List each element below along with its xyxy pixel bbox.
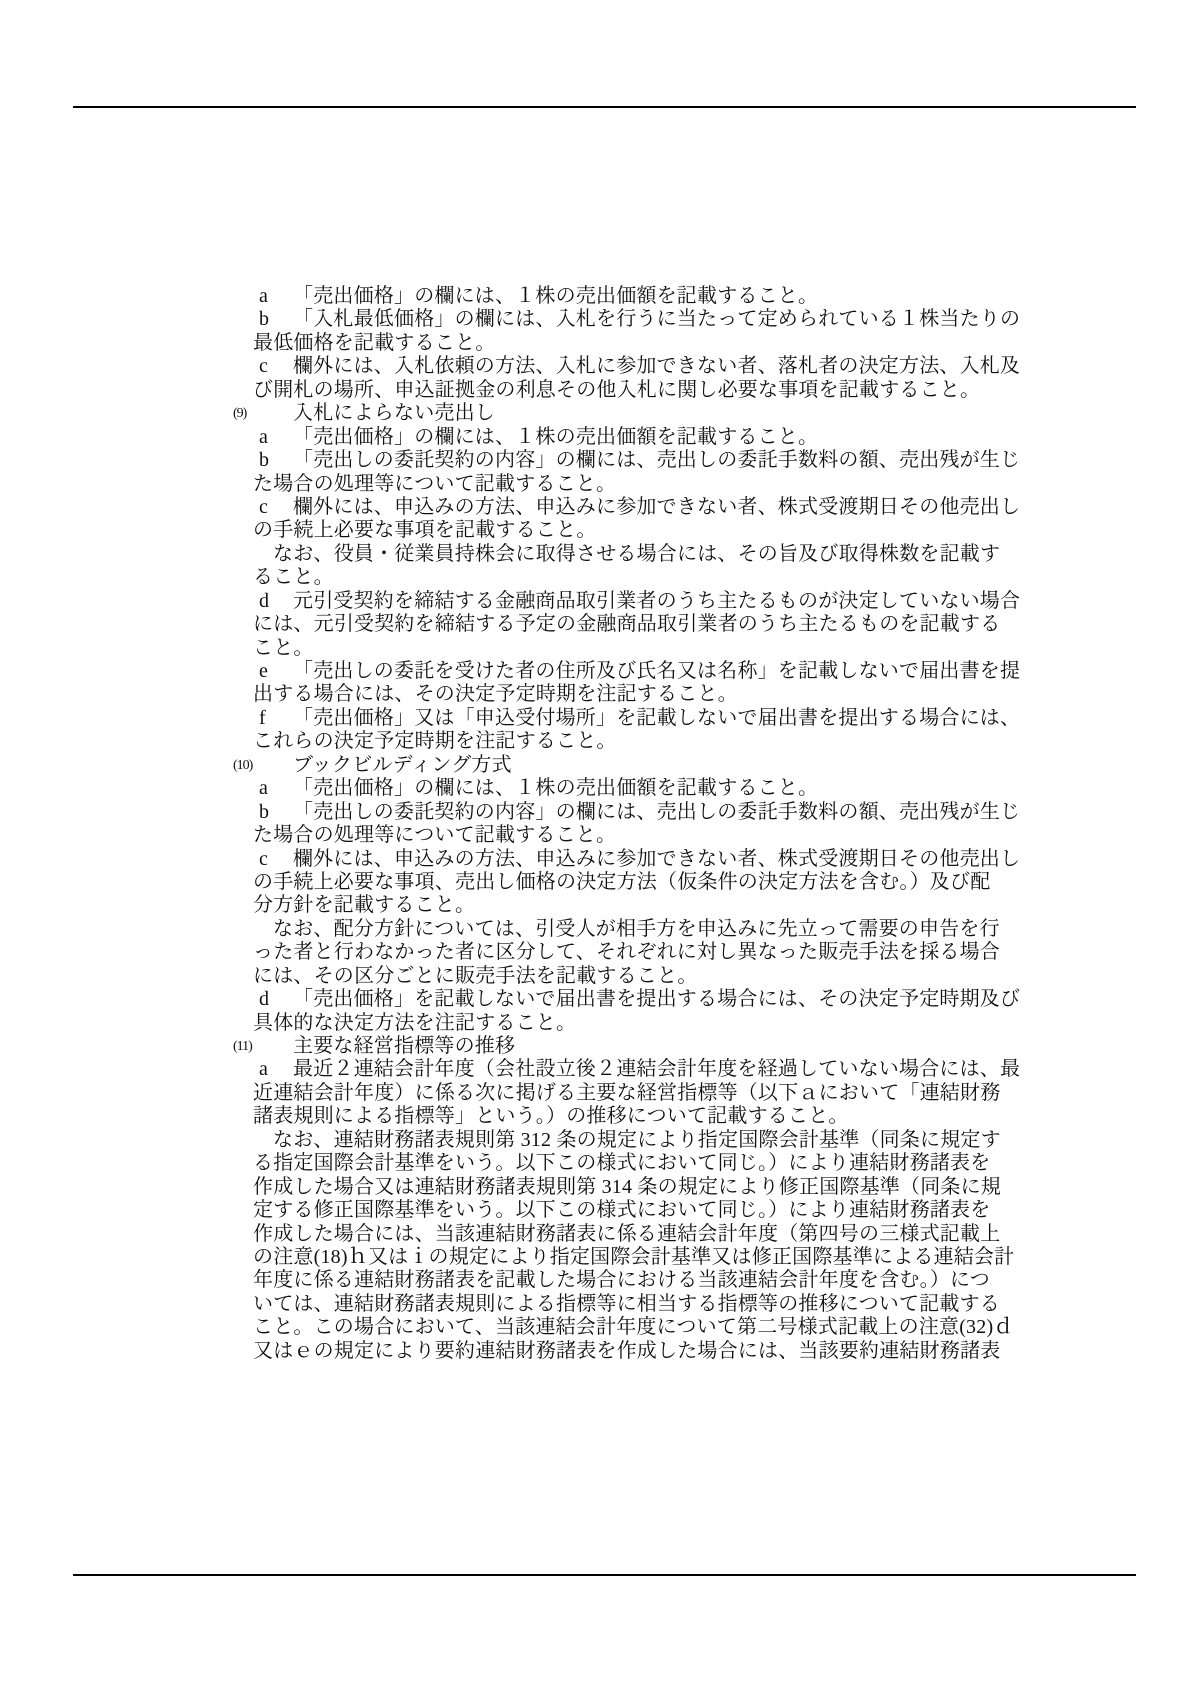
lettered-list-item: b「入札最低価格」の欄には、入札を行うに当たって定められている１株当たりの最低価… [233, 308, 965, 355]
text-line: 欄外には、申込みの方法、申込みに参加できない者、株式受渡期日その他売出し [253, 848, 965, 871]
text-line: 欄外には、申込みの方法、申込みに参加できない者、株式受渡期日その他売出し [253, 496, 965, 519]
item-marker-letter: a [259, 285, 268, 308]
text-line: 又はｅの規定により要約連結財務諸表を作成した場合には、当該要約連結財務諸表 [253, 1340, 965, 1363]
text-line: た場合の処理等について記載すること。 [253, 473, 965, 496]
document-page: a「売出価格」の欄には、１株の売出価額を記載すること。b「入札最低価格」の欄には… [0, 0, 1192, 1685]
text-line: 年度に係る連結財務諸表を記載した場合における当該連結会計年度を含む。）につ [253, 1269, 965, 1292]
item-marker-letter: a [259, 1058, 268, 1081]
text-line: 最低価格を記載すること。 [253, 332, 965, 355]
lettered-list-item: b「売出しの委託契約の内容」の欄には、売出しの委託手数料の額、売出残が生じた場合… [233, 449, 965, 496]
note-paragraph: なお、配分方針については、引受人が相手方を申込みに先立って需要の申告を行った者と… [233, 918, 965, 988]
item-marker-letter: d [259, 988, 269, 1011]
lettered-list-item: d元引受契約を締結する金融商品取引業者のうち主たるものが決定していない場合には、… [233, 590, 965, 660]
item-marker-letter: f [259, 707, 266, 730]
note-paragraph: なお、連結財務諸表規則第 312 条の規定により指定国際会計基準（同条に規定する… [233, 1129, 965, 1363]
numbered-heading: (11)主要な経営指標等の推移 [233, 1035, 965, 1058]
numbered-heading: (9)入札によらない売出し [233, 402, 965, 425]
text-line: び開札の場所、申込証拠金の利息その他入札に関し必要な事項を記載すること。 [253, 379, 965, 402]
text-line: った者と行わなかった者に区分して、それぞれに対し異なった販売手法を採る場合 [253, 941, 965, 964]
lettered-list-item: a「売出価格」の欄には、１株の売出価額を記載すること。 [233, 426, 965, 449]
text-line: なお、連結財務諸表規則第 312 条の規定により指定国際会計基準（同条に規定す [253, 1129, 965, 1152]
text-line: 近連結会計年度）に係る次に掲げる主要な経営指標等（以下ａにおいて「連結財務 [253, 1082, 965, 1105]
lettered-list-item: b「売出しの委託契約の内容」の欄には、売出しの委託手数料の額、売出残が生じた場合… [233, 801, 965, 848]
lettered-list-item: a「売出価格」の欄には、１株の売出価額を記載すること。 [233, 777, 965, 800]
item-marker-letter: c [259, 848, 268, 871]
text-line: 定する修正国際基準をいう。以下この様式において同じ。）により連結財務諸表を [253, 1199, 965, 1222]
lettered-list-item: d「売出価格」を記載しないで届出書を提出する場合には、その決定予定時期及び具体的… [233, 988, 965, 1035]
item-marker-number: (10) [233, 754, 252, 777]
item-marker-letter: b [259, 801, 269, 824]
item-marker-letter: d [259, 590, 269, 613]
text-line: 作成した場合又は連結財務諸表規則第 314 条の規定により修正国際基準（同条に規 [253, 1176, 965, 1199]
text-line: 「売出価格」又は「申込受付場所」を記載しないで届出書を提出する場合には、 [253, 707, 965, 730]
text-line: 「入札最低価格」の欄には、入札を行うに当たって定められている１株当たりの [253, 308, 965, 331]
text-line: には、元引受契約を締結する予定の金融商品取引業者のうち主たるものを記載する [253, 613, 965, 636]
lettered-list-item: f「売出価格」又は「申込受付場所」を記載しないで届出書を提出する場合には、これら… [233, 707, 965, 754]
item-marker-letter: a [259, 777, 268, 800]
top-horizontal-rule [73, 106, 1136, 108]
text-line: 欄外には、入札依頼の方法、入札に参加できない者、落札者の決定方法、入札及 [253, 355, 965, 378]
text-line: ること。 [253, 566, 965, 589]
item-marker-number: (9) [233, 402, 246, 425]
item-marker-letter: c [259, 355, 268, 378]
text-line: 「売出しの委託契約の内容」の欄には、売出しの委託手数料の額、売出残が生じ [253, 449, 965, 472]
text-line: ブックビルディング方式 [253, 754, 965, 777]
text-line: 作成した場合には、当該連結財務諸表に係る連結会計年度（第四号の三様式記載上 [253, 1223, 965, 1246]
text-line: なお、役員・従業員持株会に取得させる場合には、その旨及び取得株数を記載す [253, 543, 965, 566]
text-line: の手続上必要な事項、売出し価格の決定方法（仮条件の決定方法を含む。）及び配 [253, 871, 965, 894]
text-line: 「売出価格」を記載しないで届出書を提出する場合には、その決定予定時期及び [253, 988, 965, 1011]
text-line: る指定国際会計基準をいう。以下この様式において同じ。）により連結財務諸表を [253, 1152, 965, 1175]
text-line: 最近２連結会計年度（会社設立後２連結会計年度を経過していない場合には、最 [253, 1058, 965, 1081]
item-marker-number: (11) [233, 1035, 252, 1058]
text-line: 分方針を記載すること。 [253, 894, 965, 917]
text-line: 元引受契約を締結する金融商品取引業者のうち主たるものが決定していない場合 [253, 590, 965, 613]
text-line: なお、配分方針については、引受人が相手方を申込みに先立って需要の申告を行 [253, 918, 965, 941]
text-line: 「売出価格」の欄には、１株の売出価額を記載すること。 [253, 777, 965, 800]
text-line: の注意(18)ｈ又はｉの規定により指定国際会計基準又は修正国際基準による連結会計 [253, 1246, 965, 1269]
text-line: には、その区分ごとに販売手法を記載すること。 [253, 965, 965, 988]
lettered-list-item: e「売出しの委託を受けた者の住所及び氏名又は名称」を記載しないで届出書を提出する… [233, 660, 965, 707]
lettered-list-item: c欄外には、申込みの方法、申込みに参加できない者、株式受渡期日その他売出しの手続… [233, 496, 965, 543]
numbered-heading: (10)ブックビルディング方式 [233, 754, 965, 777]
lettered-list-item: c欄外には、申込みの方法、申込みに参加できない者、株式受渡期日その他売出しの手続… [233, 848, 965, 918]
lettered-list-item: c欄外には、入札依頼の方法、入札に参加できない者、落札者の決定方法、入札及び開札… [233, 355, 965, 402]
item-marker-letter: b [259, 449, 269, 472]
text-line: 入札によらない売出し [253, 402, 965, 425]
text-line: た場合の処理等について記載すること。 [253, 824, 965, 847]
text-line: いては、連結財務諸表規則による指標等に相当する指標等の推移について記載する [253, 1293, 965, 1316]
text-line: 「売出しの委託を受けた者の住所及び氏名又は名称」を記載しないで届出書を提 [253, 660, 965, 683]
text-line: 具体的な決定方法を注記すること。 [253, 1012, 965, 1035]
text-line: これらの決定予定時期を注記すること。 [253, 730, 965, 753]
text-line: 主要な経営指標等の推移 [253, 1035, 965, 1058]
text-line: こと。この場合において、当該連結会計年度について第二号様式記載上の注意(32)ｄ [253, 1316, 965, 1339]
text-line: 「売出しの委託契約の内容」の欄には、売出しの委託手数料の額、売出残が生じ [253, 801, 965, 824]
item-marker-letter: a [259, 426, 268, 449]
text-line: 「売出価格」の欄には、１株の売出価額を記載すること。 [253, 426, 965, 449]
main-text-block: a「売出価格」の欄には、１株の売出価額を記載すること。b「入札最低価格」の欄には… [233, 285, 965, 1363]
text-line: 諸表規則による指標等」という。）の推移について記載すること。 [253, 1105, 965, 1128]
item-marker-letter: e [259, 660, 268, 683]
text-line: の手続上必要な事項を記載すること。 [253, 519, 965, 542]
item-marker-letter: b [259, 308, 269, 331]
lettered-list-item: a最近２連結会計年度（会社設立後２連結会計年度を経過していない場合には、最近連結… [233, 1058, 965, 1128]
note-paragraph: なお、役員・従業員持株会に取得させる場合には、その旨及び取得株数を記載すること。 [233, 543, 965, 590]
item-marker-letter: c [259, 496, 268, 519]
text-line: 「売出価格」の欄には、１株の売出価額を記載すること。 [253, 285, 965, 308]
text-line: 出する場合には、その決定予定時期を注記すること。 [253, 683, 965, 706]
bottom-horizontal-rule [73, 1574, 1136, 1576]
lettered-list-item: a「売出価格」の欄には、１株の売出価額を記載すること。 [233, 285, 965, 308]
text-line: こと。 [253, 637, 965, 660]
